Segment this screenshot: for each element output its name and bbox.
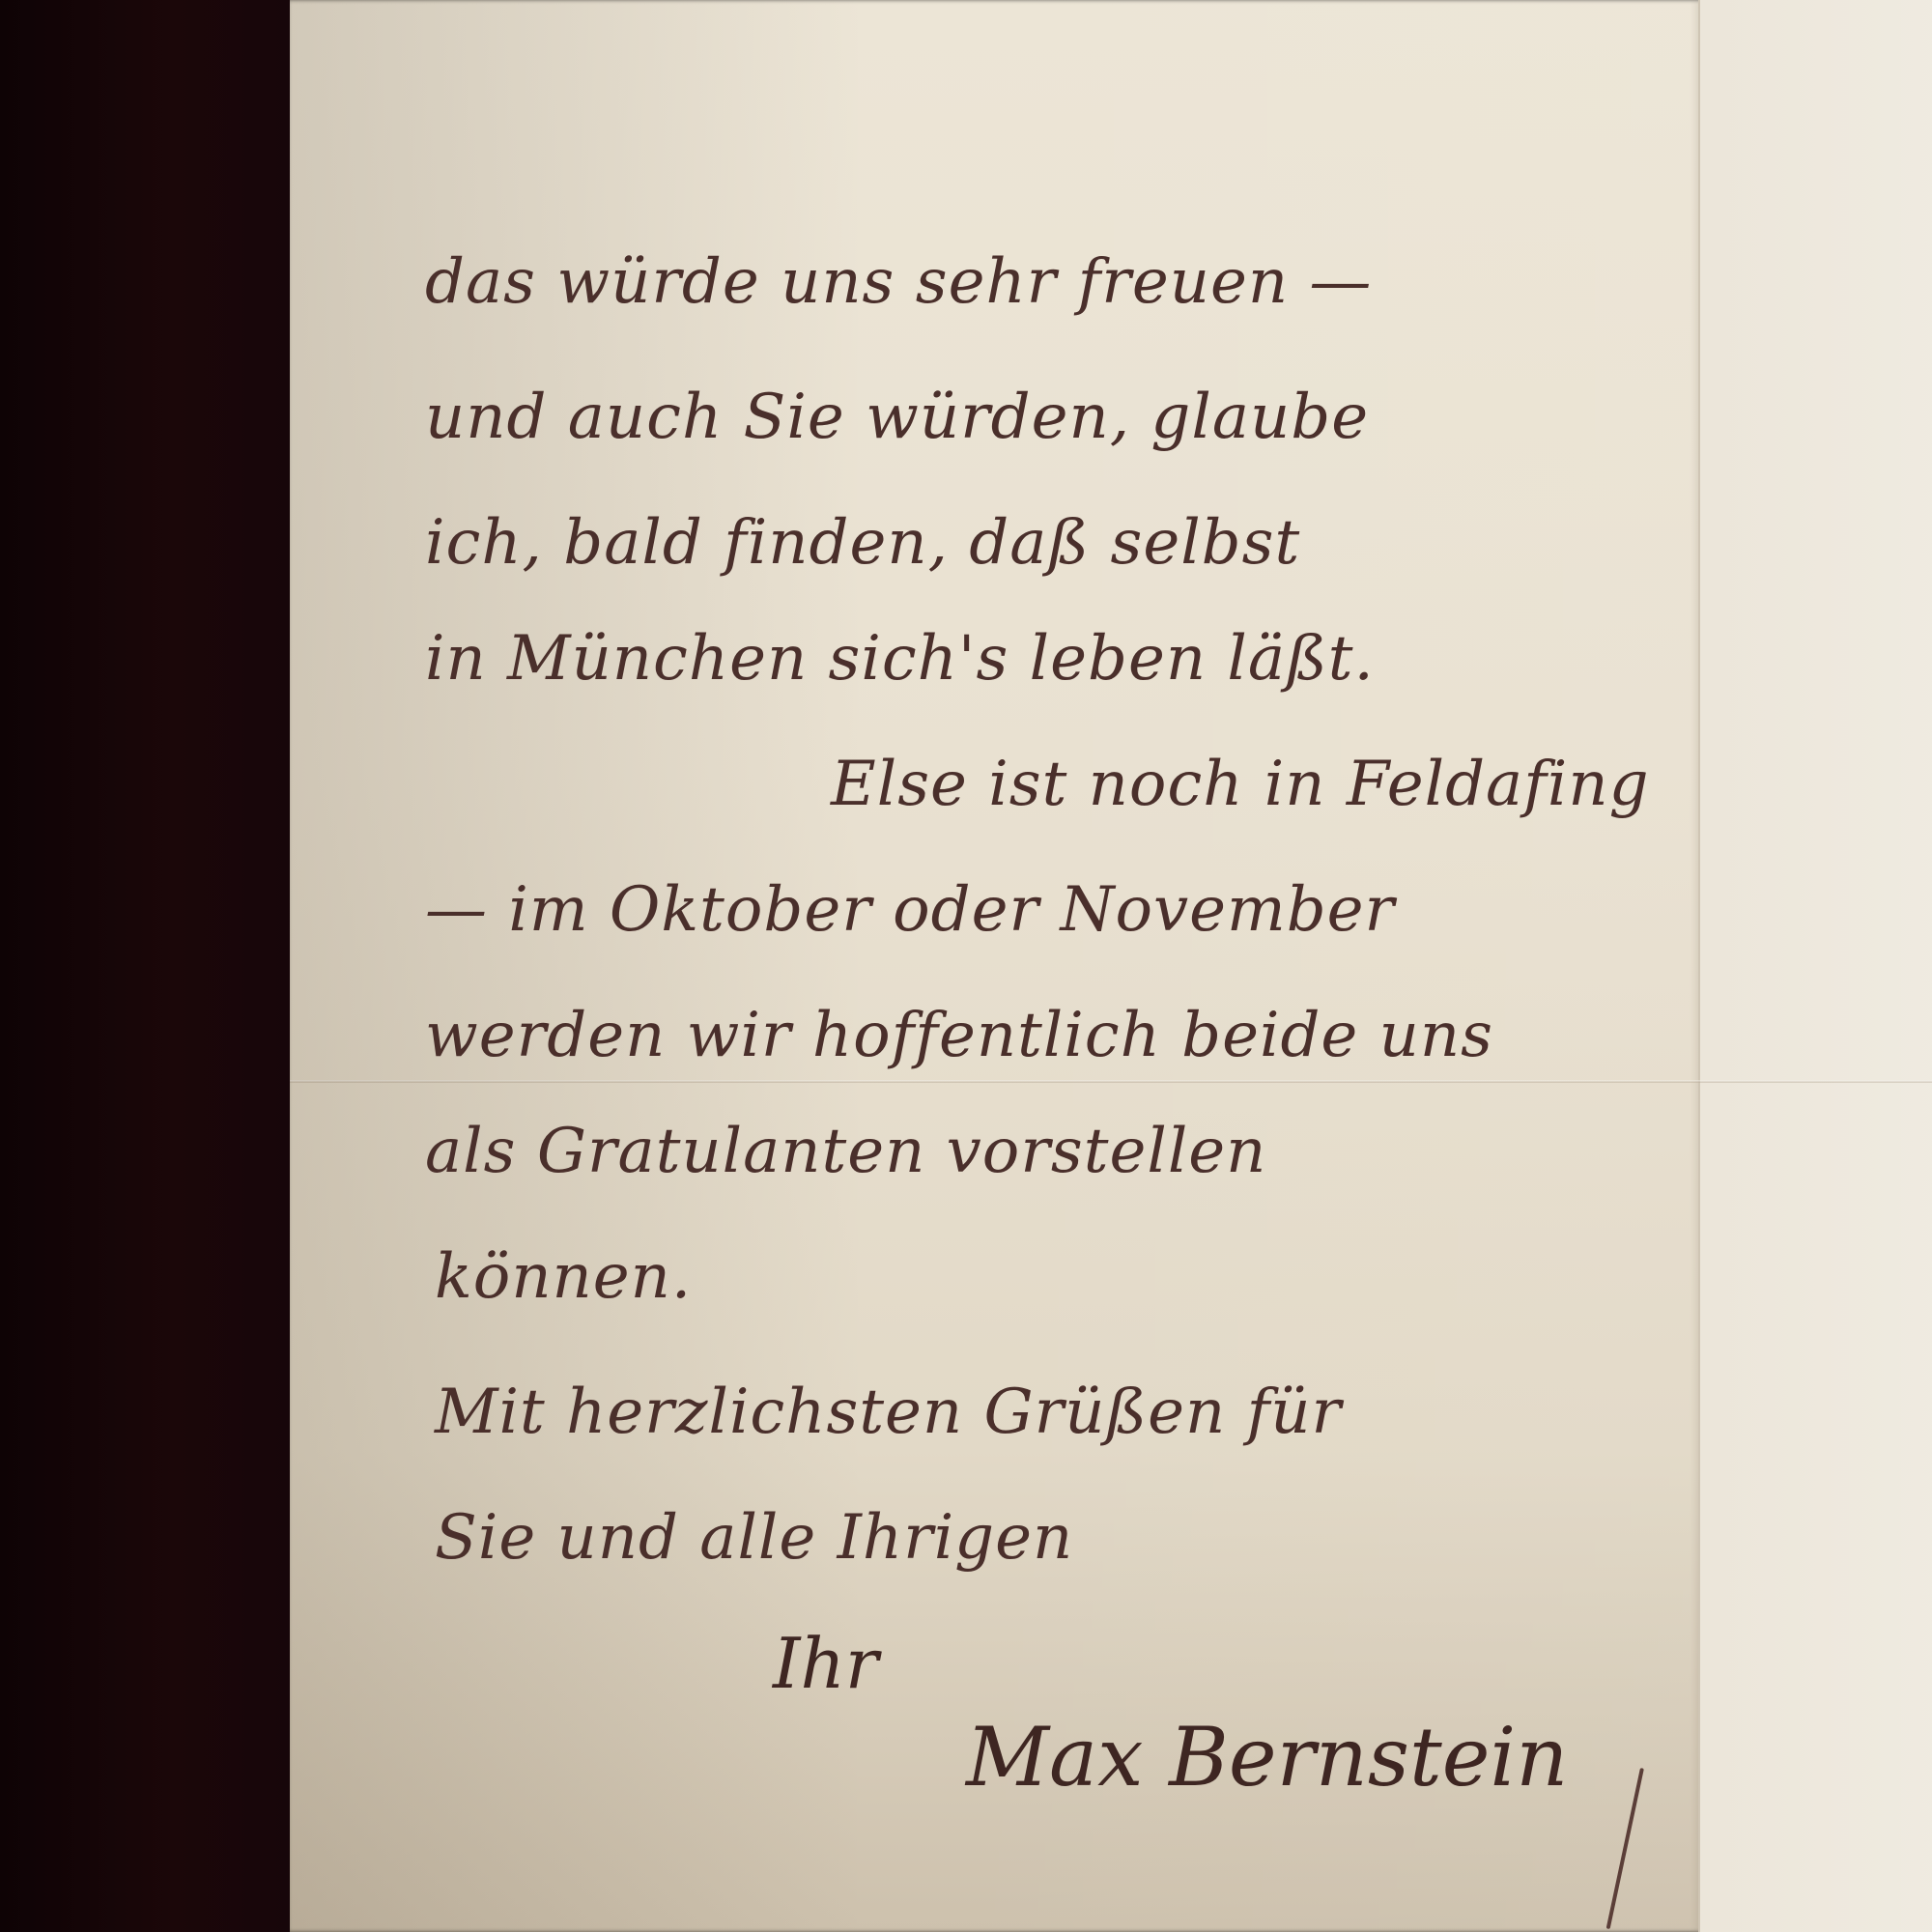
- letter-line-10: Mit herzlichsten Grüßen für: [435, 1381, 1342, 1443]
- folded-right-panel: [1698, 0, 1932, 1932]
- horizontal-fold-crease: [290, 1080, 1932, 1083]
- closing-ihr: Ihr: [773, 1623, 878, 1704]
- letter-line-7: werden wir hoffentlich beide uns: [425, 1005, 1493, 1066]
- letter-line-8: als Gratulanten vorstellen: [425, 1121, 1266, 1182]
- letter-line-1: das würde uns sehr freuen —: [425, 251, 1372, 313]
- letter-line-4: in München sich's leben läßt.: [425, 628, 1375, 690]
- letter-line-9: können.: [435, 1246, 692, 1308]
- signature: Max Bernstein: [966, 1710, 1568, 1804]
- letter-line-11: Sie und alle Ihrigen: [435, 1507, 1073, 1569]
- letter-line-5: Else ist noch in Feldafing: [831, 753, 1650, 815]
- photo-scene: das würde uns sehr freuen — und auch Sie…: [0, 0, 1932, 1932]
- dark-background: [0, 0, 290, 1932]
- letter-line-2: und auch Sie würden, glaube: [425, 386, 1369, 448]
- letter-line-6: — im Oktober oder November: [425, 879, 1395, 941]
- letter-line-3: ich, bald finden, daß selbst: [425, 512, 1300, 574]
